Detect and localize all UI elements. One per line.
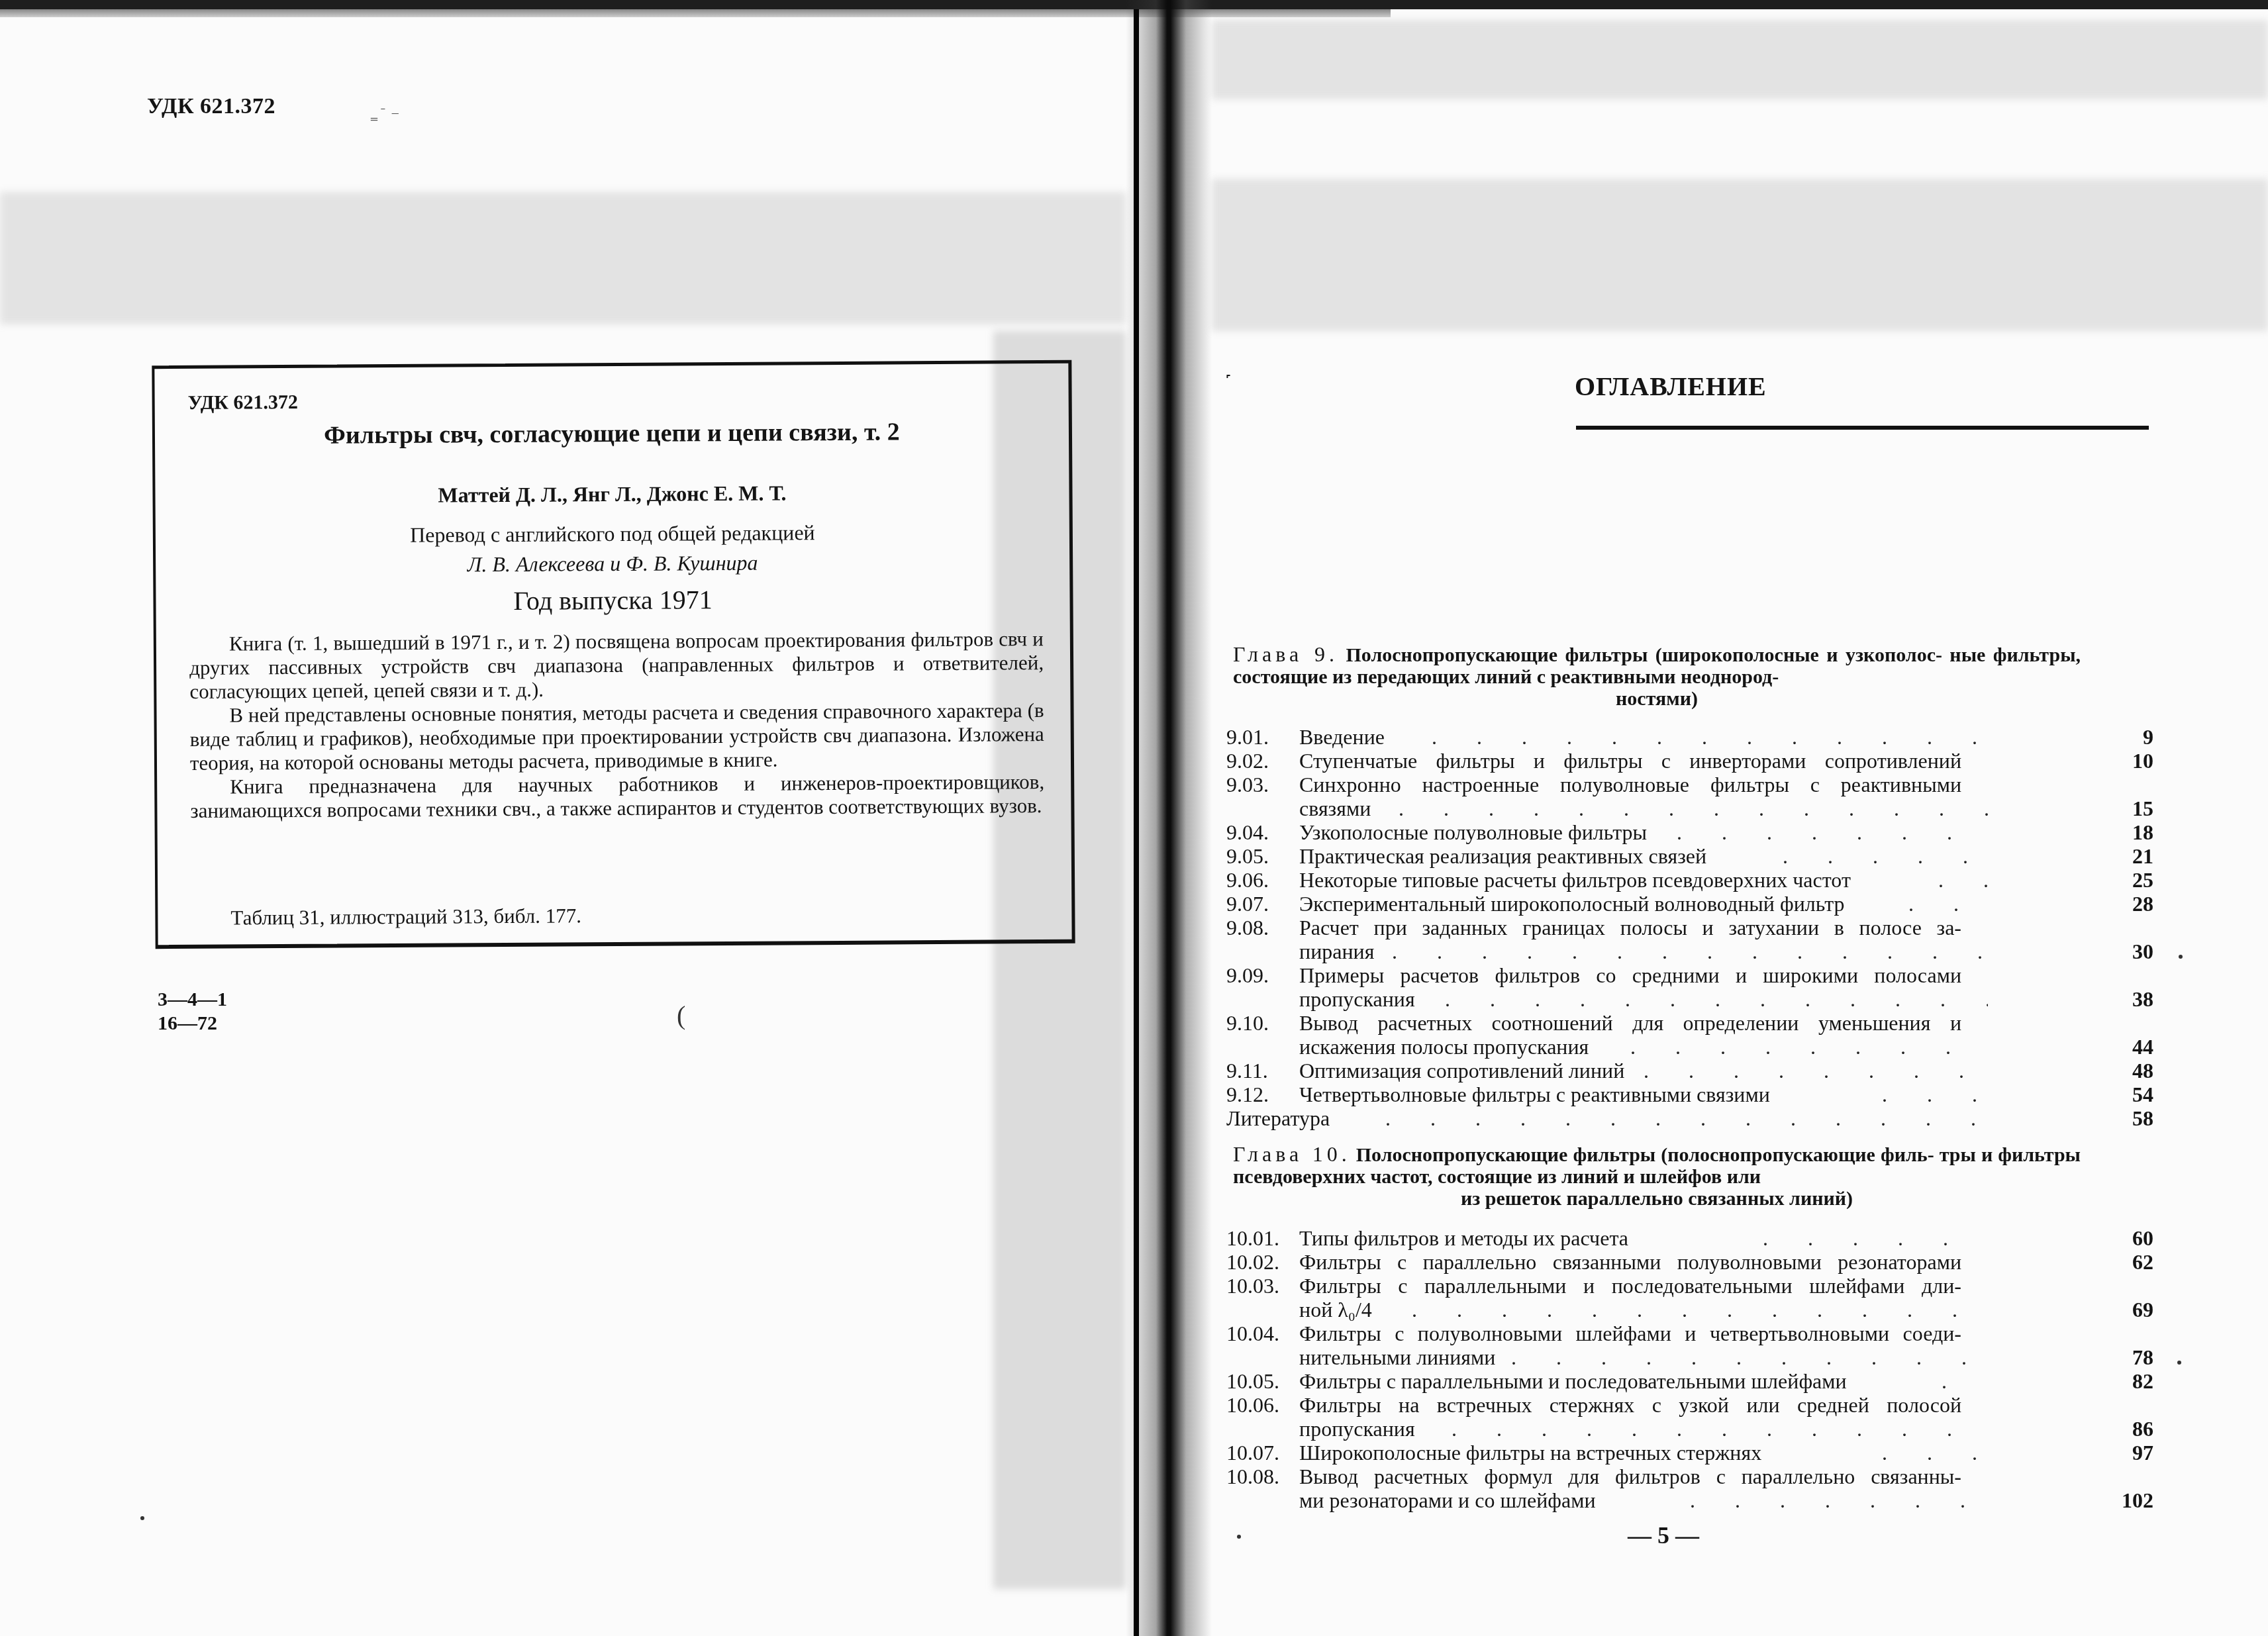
entry-title: Ступенчатые фильтры и фильтры с инвертор… bbox=[1299, 749, 1961, 773]
entry-page: 28 bbox=[2100, 892, 2153, 916]
toc-entry[interactable]: 10.03.Фильтры с параллельными и последов… bbox=[1226, 1274, 2153, 1298]
print-code: 16—72 bbox=[158, 1012, 227, 1035]
entry-number: 9.09. bbox=[1226, 963, 1296, 987]
leader-dots: . . . . . . . . . . . . . . . . . . . . … bbox=[1392, 939, 1988, 963]
book-stats: Таблиц 31, иллюстраций 313, библ. 177. bbox=[230, 904, 581, 930]
toc-entry[interactable]: 10.01.Типы фильтров и методы их расчета.… bbox=[1226, 1226, 2153, 1250]
leader-dots: . . . . . . . . . bbox=[1783, 844, 1988, 868]
toc-entry-cont[interactable]: искажения полосы пропускания. . . . . . … bbox=[1226, 1035, 2153, 1059]
scan-marks: ‗ ˉ – bbox=[371, 106, 399, 121]
leader-dots: . . . . bbox=[1908, 892, 1988, 916]
toc-entry[interactable]: 9.12.Четвертьволновые фильтры с реактивн… bbox=[1226, 1083, 2153, 1106]
entry-title: Некоторые типовые расчеты фильтров псевд… bbox=[1299, 868, 1851, 892]
entry-page: 78 bbox=[2100, 1345, 2153, 1369]
annotation-paragraph: Книга (т. 1, вышедший в 1971 г., и т. 2)… bbox=[189, 627, 1044, 704]
entry-number: 9.10. bbox=[1226, 1011, 1296, 1035]
entry-number: 10.07. bbox=[1226, 1441, 1296, 1465]
toc-entry-cont[interactable]: ной λ₀/4. . . . . . . . . . . . . . . . … bbox=[1226, 1298, 2153, 1322]
entry-title: Типы фильтров и методы их расчета bbox=[1299, 1226, 1628, 1250]
chapter-heading-10: Глава 10. Полоснопропускающие фильтры (п… bbox=[1233, 1143, 2081, 1210]
leader-dots: . . bbox=[1942, 1369, 1988, 1393]
toc-entry[interactable]: 10.05.Фильтры с параллельными и последов… bbox=[1226, 1369, 2153, 1393]
entry-number: 9.05. bbox=[1226, 844, 1296, 868]
toc-entry[interactable]: 9.11.Оптимизация сопротивлений линий. . … bbox=[1226, 1059, 2153, 1083]
entry-number: 9.08. bbox=[1226, 916, 1296, 939]
toc-chapter-10: 10.01.Типы фильтров и методы их расчета.… bbox=[1226, 1226, 2153, 1512]
entry-title: Фильтры с параллельными и последовательн… bbox=[1299, 1274, 1961, 1298]
toc-entry[interactable]: 9.03.Синхронно настроенные полуволновые … bbox=[1226, 773, 2153, 796]
entry-page: 9 bbox=[2100, 725, 2153, 749]
scan-smudge bbox=[1212, 20, 2268, 99]
scan-mark: ( bbox=[677, 1000, 685, 1031]
toc-entry-cont[interactable]: нительными линиями. . . . . . . . . . . … bbox=[1226, 1345, 2153, 1369]
entry-page: 60 bbox=[2100, 1226, 2153, 1250]
entry-number: 9.11. bbox=[1226, 1059, 1296, 1083]
toc-entry[interactable]: 9.07.Экспериментальный широкополосный во… bbox=[1226, 892, 2153, 916]
entry-number: 9.01. bbox=[1226, 725, 1296, 749]
toc-chapter-9: 9.01.Введение. . . . . . . . . . . . . .… bbox=[1226, 725, 2153, 1130]
toc-entry[interactable]: 10.06.Фильтры на встречных стержнях с уз… bbox=[1226, 1393, 2153, 1417]
annotation: Книга (т. 1, вышедший в 1971 г., и т. 2)… bbox=[189, 627, 1045, 823]
entry-page: 102 bbox=[2100, 1488, 2153, 1512]
toc-entry[interactable]: 9.02.Ступенчатые фильтры и фильтры с инв… bbox=[1226, 749, 2153, 773]
toc-entry[interactable]: 9.09.Примеры расчетов фильтров со средни… bbox=[1226, 963, 2153, 987]
entry-title: Широкополосные фильтры на встречных стер… bbox=[1299, 1441, 1761, 1465]
entry-page: 97 bbox=[2100, 1441, 2153, 1465]
entry-number: 10.01. bbox=[1226, 1226, 1296, 1250]
entry-title: Расчет при заданных границах полосы и за… bbox=[1299, 916, 1961, 939]
entry-page: 48 bbox=[2100, 1059, 2153, 1083]
entry-title-cont: пропускания bbox=[1299, 987, 1415, 1011]
toc-entry[interactable]: 9.04.Узкополосные полуволновые фильтры. … bbox=[1226, 820, 2153, 844]
entry-title: Оптимизация сопротивлений линий bbox=[1299, 1059, 1624, 1083]
entry-page: 54 bbox=[2100, 1083, 2153, 1106]
leader-dots: . . . . . . . . . . . . . . bbox=[1644, 1059, 1988, 1083]
leader-dots: . . . . . . . . . . . . . bbox=[1677, 820, 1988, 844]
entry-number: 10.05. bbox=[1226, 1369, 1296, 1393]
entry-title: Фильтры на встречных стержнях с узкой ил… bbox=[1299, 1393, 1961, 1417]
leader-dots: . . . . . . . . . . . . . . . . . . . . … bbox=[1385, 1106, 1988, 1130]
leader-dots: . . . . . . . . . . . . . . . . . . . . … bbox=[1412, 1298, 1988, 1322]
entry-number: 9.04. bbox=[1226, 820, 1296, 844]
entry-title-cont: ми резонаторами и со шлейфами bbox=[1299, 1488, 1596, 1512]
toc-entry[interactable]: 9.10.Вывод расчетных соотношений для опр… bbox=[1226, 1011, 2153, 1035]
entry-number: 10.03. bbox=[1226, 1274, 1296, 1298]
leader-dots: . . . . . . . . . . bbox=[1763, 1226, 1988, 1250]
entry-page: 30 bbox=[2100, 939, 2153, 963]
toc-entry-cont[interactable]: пропускания. . . . . . . . . . . . . . .… bbox=[1226, 987, 2153, 1011]
scan-speck bbox=[140, 1516, 144, 1520]
book-authors: Маттей Д. Л., Янг Л., Джонс Е. М. Т. bbox=[155, 479, 1069, 509]
entry-page: 38 bbox=[2100, 987, 2153, 1011]
publication-year: Год выпуска 1971 bbox=[156, 582, 1069, 618]
left-page: УДК 621.372 ‗ ˉ – УДК 621.372 Фильтры св… bbox=[0, 0, 1146, 1636]
entry-title: Фильтры с параллельными и последовательн… bbox=[1299, 1369, 1847, 1393]
annotation-paragraph: В ней представлены основные понятия, мет… bbox=[189, 698, 1044, 775]
entry-number: 9.02. bbox=[1226, 749, 1296, 773]
entry-title: Фильтры с параллельно связанными полувол… bbox=[1299, 1250, 1961, 1274]
toc-entry[interactable]: 10.08.Вывод расчетных формул для фильтро… bbox=[1226, 1465, 2153, 1488]
scan-speck bbox=[2177, 1361, 2181, 1365]
toc-entry[interactable]: 9.08.Расчет при заданных границах полосы… bbox=[1226, 916, 2153, 939]
entry-number: 10.06. bbox=[1226, 1393, 1296, 1417]
toc-entry[interactable]: 10.02.Фильтры с параллельно связанными п… bbox=[1226, 1250, 2153, 1274]
toc-entry[interactable]: 9.01.Введение. . . . . . . . . . . . . .… bbox=[1226, 725, 2153, 749]
entry-title: Примеры расчетов фильтров со средними и … bbox=[1299, 963, 1961, 987]
leader-dots: . . . . . . . . . . . . . . . . . . . . bbox=[1511, 1345, 1988, 1369]
entry-page: 44 bbox=[2100, 1035, 2153, 1059]
editors: Л. В. Алексеева и Ф. В. Кушнира bbox=[156, 549, 1069, 579]
entry-title-cont: связями bbox=[1299, 796, 1371, 820]
leader-dots: . . . . . . . . . . . . bbox=[1690, 1488, 1988, 1512]
corner-mark: ˹ bbox=[1225, 371, 1232, 393]
translation-note: Перевод с английского под общей редакцие… bbox=[156, 519, 1069, 549]
entry-title: Четвертьволновые фильтры с реактивными с… bbox=[1299, 1083, 1770, 1106]
entry-title-cont: искажения полосы пропускания bbox=[1299, 1035, 1589, 1059]
entry-title: Узкополосные полуволновые фильтры bbox=[1299, 820, 1647, 844]
toc-entry[interactable]: 9.06.Некоторые типовые расчеты фильтров … bbox=[1226, 868, 2153, 892]
entry-page: 82 bbox=[2100, 1369, 2153, 1393]
toc-entry[interactable]: Литература. . . . . . . . . . . . . . . … bbox=[1226, 1106, 2153, 1130]
entry-page: 58 bbox=[2100, 1106, 2153, 1130]
entry-title: Вывод расчетных формул для фильтров с па… bbox=[1299, 1465, 1961, 1488]
chapter-heading-9: Глава 9. Полоснопропускающие фильтры (ши… bbox=[1233, 644, 2081, 710]
book-title: Фильтры свч, согласующие цепи и цепи свя… bbox=[155, 416, 1069, 451]
entry-title-cont: нительными линиями bbox=[1299, 1345, 1495, 1369]
entry-page: 15 bbox=[2100, 796, 2153, 820]
entry-number: 9.07. bbox=[1226, 892, 1296, 916]
entry-number: 9.12. bbox=[1226, 1083, 1296, 1106]
udk-header: УДК 621.372 bbox=[147, 94, 275, 119]
entry-title-cont: пирания bbox=[1299, 939, 1374, 963]
leader-dots: . . . bbox=[1938, 868, 1988, 892]
scan-smudge bbox=[0, 192, 1126, 324]
leader-dots: . . . . . . . . . . . . . . . . . . . . … bbox=[1445, 987, 1988, 1011]
toc-entry-cont[interactable]: пропускания. . . . . . . . . . . . . . .… bbox=[1226, 1417, 2153, 1441]
leader-dots: . . . . . . . . . . . . . . . . . . . . … bbox=[1452, 1417, 1988, 1441]
entry-title: Вывод расчетных соотношений для определе… bbox=[1299, 1011, 1961, 1035]
scan-speck bbox=[1237, 1535, 1241, 1539]
entry-title: Введение bbox=[1299, 725, 1385, 749]
leader-dots: . . . . . . . . . . . . . . . . . . . . … bbox=[1399, 796, 1988, 820]
scan-smudge bbox=[1212, 179, 2268, 331]
toc-entry-cont[interactable]: ми резонаторами и со шлейфами. . . . . .… bbox=[1226, 1488, 2153, 1512]
leader-dots: . . . . . . . . . . . . . . . . . . . . … bbox=[1432, 725, 1988, 749]
print-codes: 3—4—1 16—72 bbox=[158, 988, 227, 1035]
scan-speck bbox=[2179, 955, 2183, 959]
entry-number: 9.06. bbox=[1226, 868, 1296, 892]
toc-entry-cont[interactable]: пирания. . . . . . . . . . . . . . . . .… bbox=[1226, 939, 2153, 963]
chapter-label: Глава 10. bbox=[1233, 1142, 1351, 1166]
chapter-heading-line: Полоснопропускающие фильтры (полоснопроп… bbox=[1356, 1144, 1934, 1166]
leader-dots: . . . . . bbox=[1882, 1083, 1988, 1106]
leader-dots: . . . . . . . . . . . . . . . bbox=[1630, 1035, 1988, 1059]
entry-number: 9.03. bbox=[1226, 773, 1296, 796]
entry-title: Практическая реализация реактивных связе… bbox=[1299, 844, 1706, 868]
toc-title: ОГЛАВЛЕНИЕ bbox=[1575, 371, 1767, 402]
entry-page: 18 bbox=[2100, 820, 2153, 844]
entry-title: Экспериментальный широкополосный волново… bbox=[1299, 892, 1845, 916]
entry-title: Синхронно настроенные полуволновые фильт… bbox=[1299, 773, 1961, 796]
entry-number: 10.04. bbox=[1226, 1322, 1296, 1345]
toc-entry[interactable]: 10.04.Фильтры с полуволновыми шлейфами и… bbox=[1226, 1322, 2153, 1345]
entry-page: 21 bbox=[2100, 844, 2153, 868]
entry-page: 62 bbox=[2100, 1250, 2153, 1274]
entry-number: 10.08. bbox=[1226, 1465, 1296, 1488]
entry-page: 10 bbox=[2100, 749, 2153, 773]
entry-page: 69 bbox=[2100, 1298, 2153, 1322]
toc-entry[interactable]: 10.07.Широкополосные фильтры на встречны… bbox=[1226, 1441, 2153, 1465]
gutter-line bbox=[1134, 9, 1139, 1636]
chapter-heading-line: Полоснопропускающие фильтры (широкополос… bbox=[1346, 644, 1942, 666]
entry-title: Литература bbox=[1226, 1106, 1330, 1130]
chapter-heading-line: ностями) bbox=[1233, 688, 2081, 710]
title-rule bbox=[1576, 426, 2149, 430]
chapter-label: Глава 9. bbox=[1233, 642, 1338, 666]
chapter-heading-line: из решеток параллельно связанных линий) bbox=[1233, 1188, 2081, 1210]
toc-entry-cont[interactable]: связями. . . . . . . . . . . . . . . . .… bbox=[1226, 796, 2153, 820]
entry-title-cont: пропускания bbox=[1299, 1417, 1415, 1441]
entry-number: 10.02. bbox=[1226, 1250, 1296, 1274]
entry-page: 86 bbox=[2100, 1417, 2153, 1441]
card-udk: УДК 621.372 bbox=[188, 391, 299, 414]
annotation-paragraph: Книга предназначена для научных работник… bbox=[190, 770, 1044, 823]
entry-title-cont: ной λ₀/4 bbox=[1299, 1298, 1372, 1322]
entry-title: Фильтры с полуволновыми шлейфами и четве… bbox=[1299, 1322, 1961, 1345]
entry-page: 25 bbox=[2100, 868, 2153, 892]
catalog-card: УДК 621.372 Фильтры свч, согласующие цеп… bbox=[152, 360, 1075, 949]
toc-entry[interactable]: 9.05.Практическая реализация реактивных … bbox=[1226, 844, 2153, 868]
leader-dots: . . . . . bbox=[1882, 1441, 1988, 1465]
page-number: — 5 — bbox=[1628, 1521, 1699, 1549]
print-code: 3—4—1 bbox=[158, 988, 227, 1012]
